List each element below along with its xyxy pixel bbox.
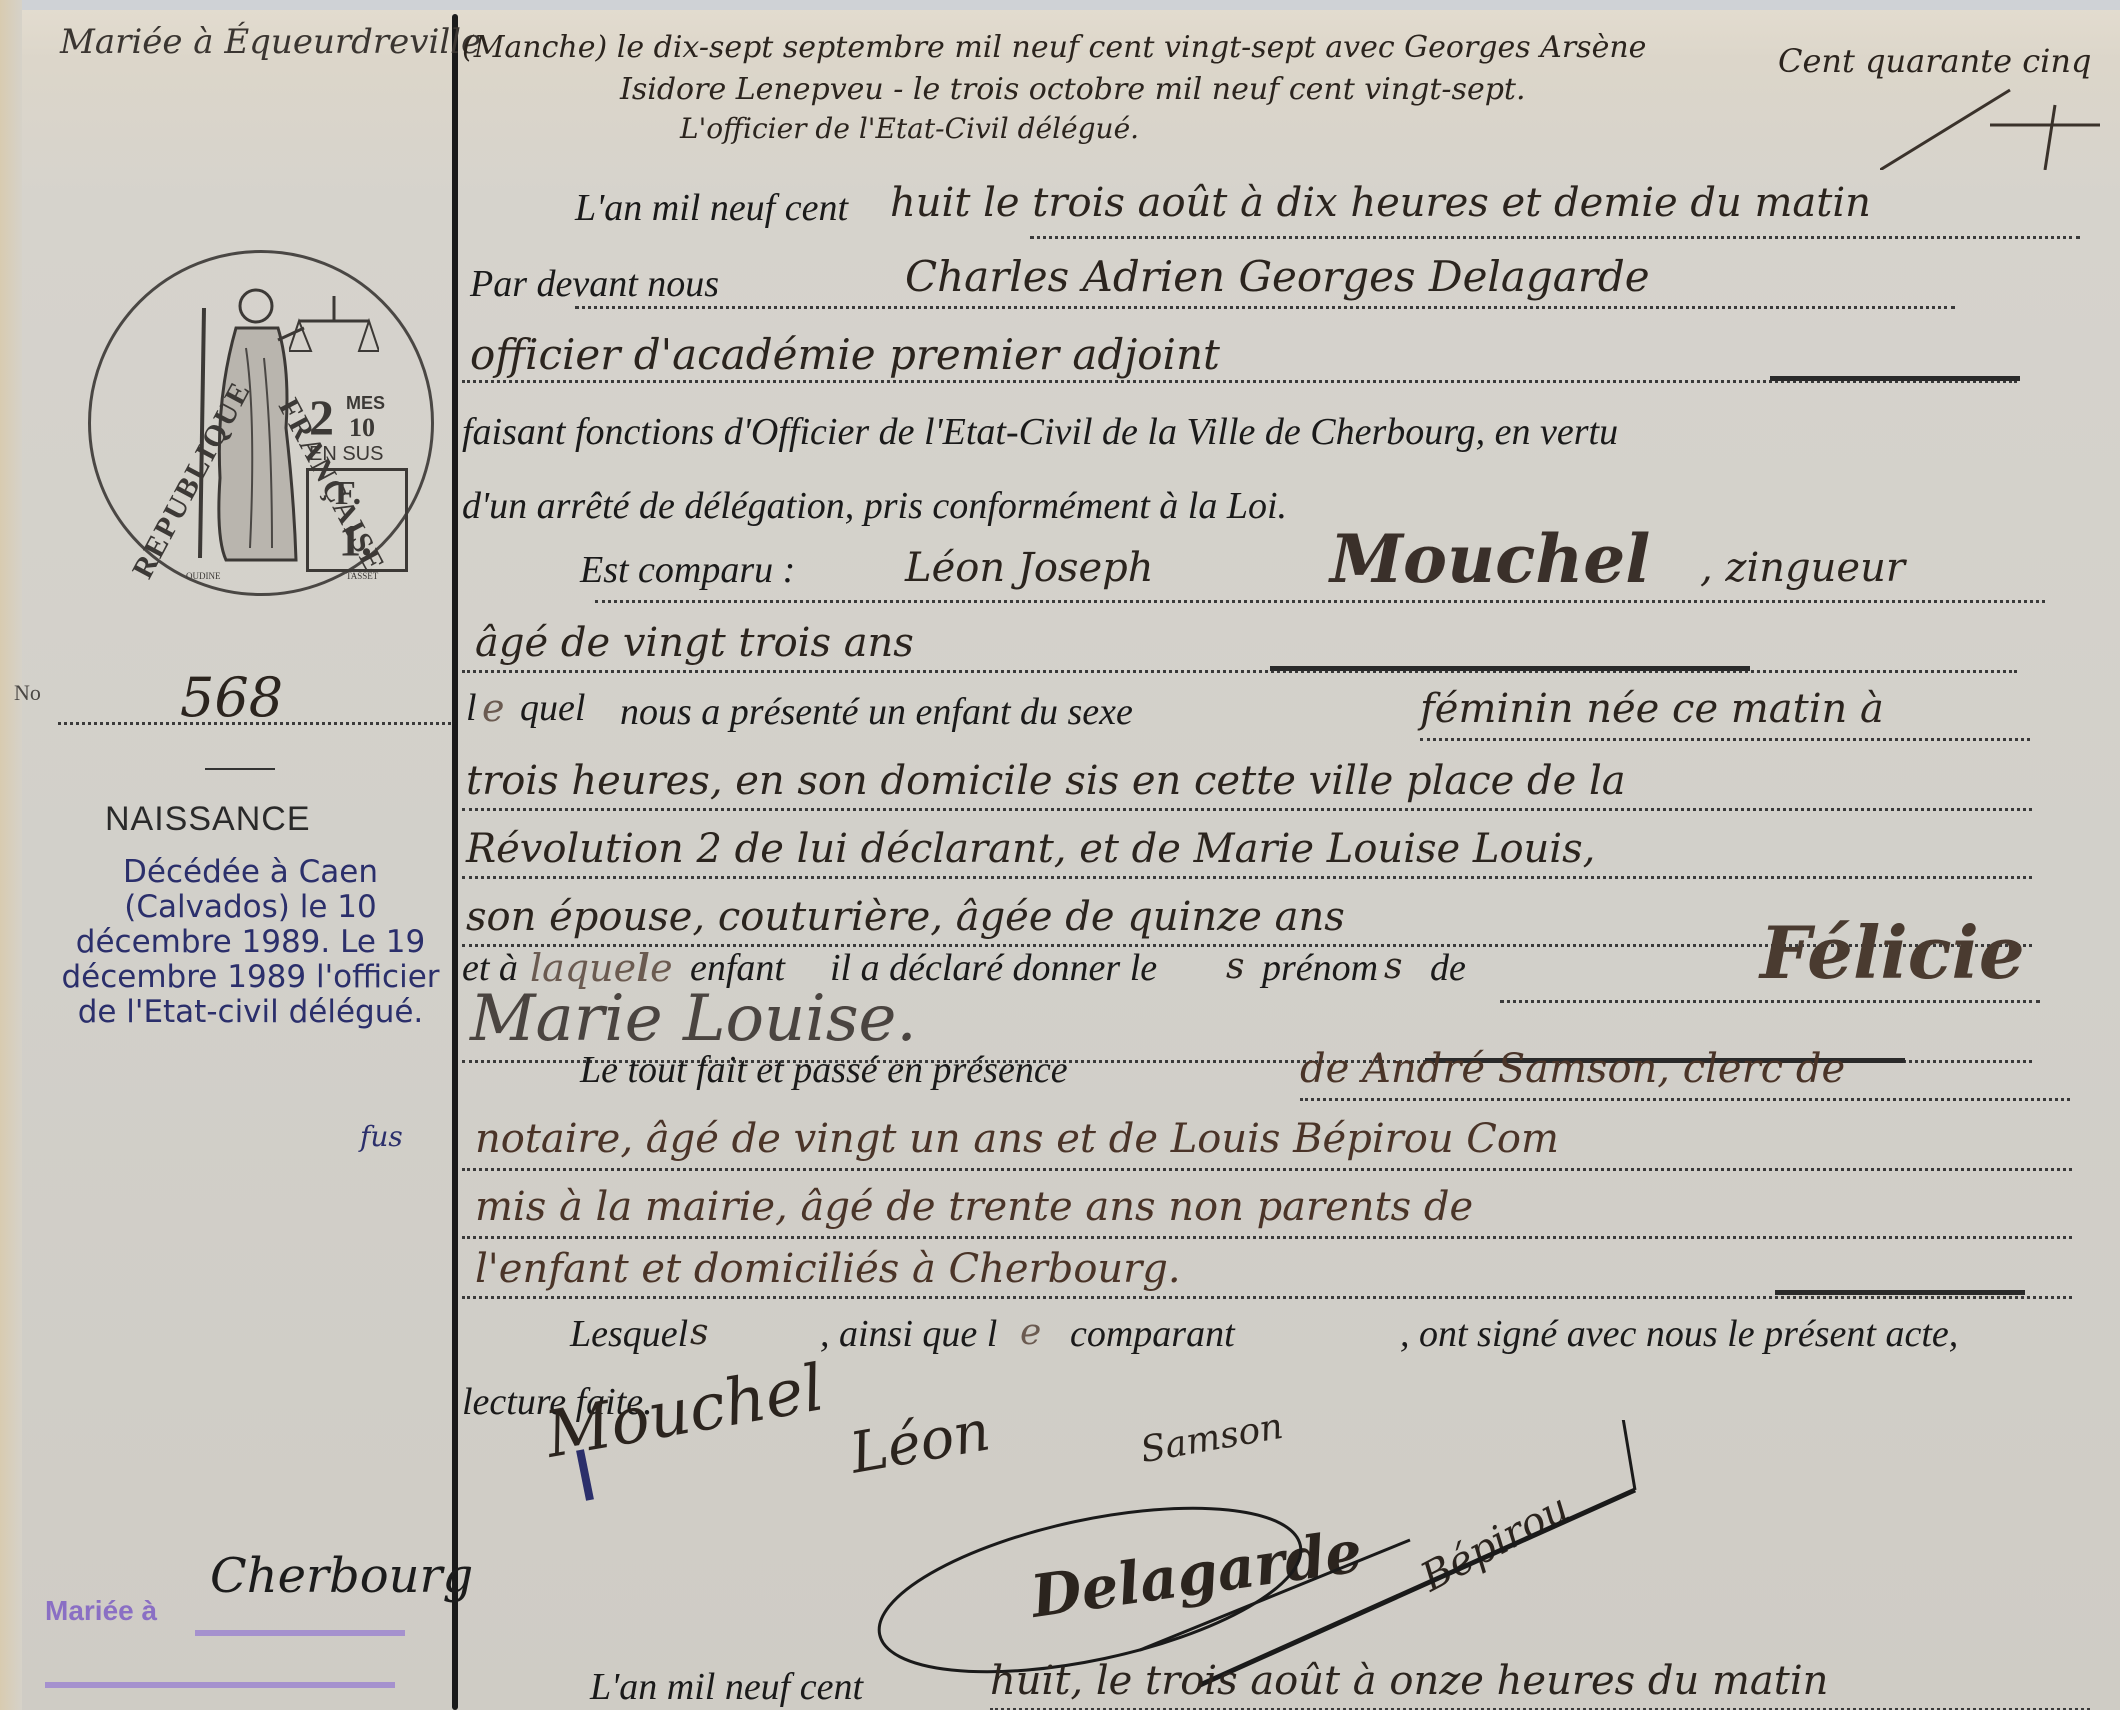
- scales-icon: [289, 291, 379, 381]
- fill-line: [1300, 1098, 2070, 1101]
- act-line-8-e: e: [482, 686, 505, 730]
- act-line-1-date: huit le trois août à dix heures et demie…: [890, 180, 1871, 226]
- fill-line: [1030, 236, 2080, 239]
- number-underline: [205, 768, 275, 770]
- next-act-line-1-date: huit, le trois août à onze heures du mat…: [990, 1658, 1828, 1704]
- act-type-heading: NAISSANCE: [105, 800, 311, 839]
- fiscal-stamp: REPUBLIQUE FRANÇAISE 2 MES 10 EN SUS F. …: [88, 250, 434, 596]
- next-act-line-1-print: L'an mil neuf cent: [590, 1665, 863, 1709]
- child-middle-names: Marie Louise.: [470, 982, 917, 1056]
- closing-stroke: [1770, 376, 2020, 381]
- father-first-names: Léon Joseph: [905, 545, 1153, 591]
- birth-place-1: trois heures, en son domicile sis en cet…: [466, 758, 1626, 804]
- closing-stroke: [1775, 1290, 2025, 1295]
- act-line-8-l: l: [466, 686, 477, 730]
- marriage-stamp-label: Mariée à: [45, 1595, 157, 1627]
- act-line-12-s1: s: [1226, 946, 1244, 987]
- act-line-18-comparant: comparant: [1070, 1312, 1235, 1356]
- header-annotation-line-3: L'officier de l'Etat-Civil délégué.: [680, 112, 1139, 145]
- act-line-1-print: L'an mil neuf cent: [575, 186, 848, 230]
- witness-1: de André Samson, clerc de: [1300, 1046, 1845, 1092]
- act-line-14-print: Le tout fait et passé en présence: [580, 1048, 1068, 1092]
- act-line-6-print: Est comparu :: [580, 548, 795, 592]
- stamp-engraver-left: OUDINE: [186, 571, 221, 581]
- stamp-value-box: F. 1.: [306, 468, 408, 572]
- mother-info: son épouse, couturière, âgée de quinze a…: [466, 894, 1345, 940]
- stamp-fraction-bottom: 10: [349, 413, 375, 443]
- officer-name: Charles Adrien Georges Delagarde: [905, 252, 1650, 301]
- child-sex-birth: féminin née ce matin à: [1420, 686, 1884, 732]
- birth-place-2: Révolution 2 de lui déclarant, et de Mar…: [466, 826, 1595, 872]
- folio-number-note: Cent quarante cinq: [1778, 42, 2091, 80]
- act-line-5-print: d'un arrêté de délégation, pris conformé…: [462, 484, 1287, 528]
- closing-stroke: [1270, 666, 1750, 671]
- page-top-edge: [0, 0, 2120, 10]
- civil-registry-page: Mariée à Équeurdreville REPUBLIQUE FRANÇ…: [0, 0, 2120, 1710]
- act-line-12-de: de: [1430, 946, 1466, 990]
- stamp-box-f: F.: [335, 475, 361, 513]
- act-line-18-ainsi: , ainsi que l: [820, 1312, 997, 1356]
- act-line-18-e: e: [1020, 1312, 1041, 1353]
- fill-line: [1500, 1000, 2040, 1003]
- marriage-place: Cherbourg: [210, 1548, 473, 1604]
- father-occupation: , zingueur: [1700, 545, 1905, 591]
- act-line-12-prenom: prénom: [1262, 946, 1378, 990]
- fill-line: [462, 1168, 2072, 1171]
- father-age: âgé de vingt trois ans: [475, 620, 914, 666]
- fill-line: [575, 306, 1955, 309]
- child-first-name: Félicie: [1760, 910, 2025, 995]
- fill-line: [1420, 738, 2030, 741]
- witnesses-domicile: l'enfant et domiciliés à Cherbourg.: [475, 1246, 1181, 1292]
- fill-line: [462, 808, 2032, 811]
- fill-line: [462, 670, 2017, 673]
- fill-line: [462, 1296, 2072, 1299]
- father-surname: Mouchel: [1330, 520, 1650, 598]
- act-line-8-print: nous a présenté un enfant du sexe: [620, 690, 1133, 734]
- act-number-value: 568: [180, 666, 283, 729]
- stamp-box-1: 1.: [339, 515, 372, 566]
- witness-1-detail: notaire, âgé de vingt un ans et de Louis…: [475, 1116, 1559, 1162]
- death-annotation-signature: fus: [360, 1120, 403, 1153]
- fill-line: [462, 1236, 2072, 1239]
- act-line-18-lesquel: Lesquel: [570, 1312, 688, 1356]
- death-annotation: Décédée à Caen (Calvados) le 10 décembre…: [48, 855, 453, 1030]
- fill-line: [462, 876, 2032, 879]
- stamp-en-sus: EN SUS: [309, 443, 383, 466]
- act-line-8-quel: quel: [520, 686, 585, 730]
- act-line-12-s2: s: [1384, 946, 1402, 987]
- stamp-value: 2: [309, 388, 334, 446]
- act-number-label: No: [14, 680, 41, 706]
- signature-flourishes: [560, 1420, 1760, 1690]
- marriage-stamp-line: [195, 1630, 405, 1636]
- officer-title: officier d'académie premier adjoint: [470, 330, 1220, 379]
- stamp-engraver-right: TASSET: [346, 571, 378, 581]
- witness-2-detail: mis à la mairie, âgé de trente ans non p…: [475, 1184, 1473, 1230]
- marriage-stamp-line-2: [45, 1682, 395, 1688]
- header-annotation-line-2: Isidore Lenepveu - le trois octobre mil …: [620, 72, 1526, 107]
- act-line-2-print: Par devant nous: [470, 262, 719, 306]
- fill-line: [595, 600, 2045, 603]
- act-line-4-print: faisant fonctions d'Officier de l'Etat-C…: [462, 410, 1618, 454]
- act-line-18-signe: , ont signé avec nous le présent acte,: [1400, 1312, 1958, 1356]
- margin-marriage-note: Mariée à Équeurdreville: [60, 22, 481, 62]
- stamp-fraction-top: MES: [346, 393, 385, 414]
- header-annotation-line-1: (Manche) le dix-sept septembre mil neuf …: [462, 30, 1646, 65]
- pen-stroke-mark: [1880, 80, 2100, 170]
- page-left-edge: [0, 0, 22, 1710]
- act-line-18-s: s: [690, 1312, 708, 1353]
